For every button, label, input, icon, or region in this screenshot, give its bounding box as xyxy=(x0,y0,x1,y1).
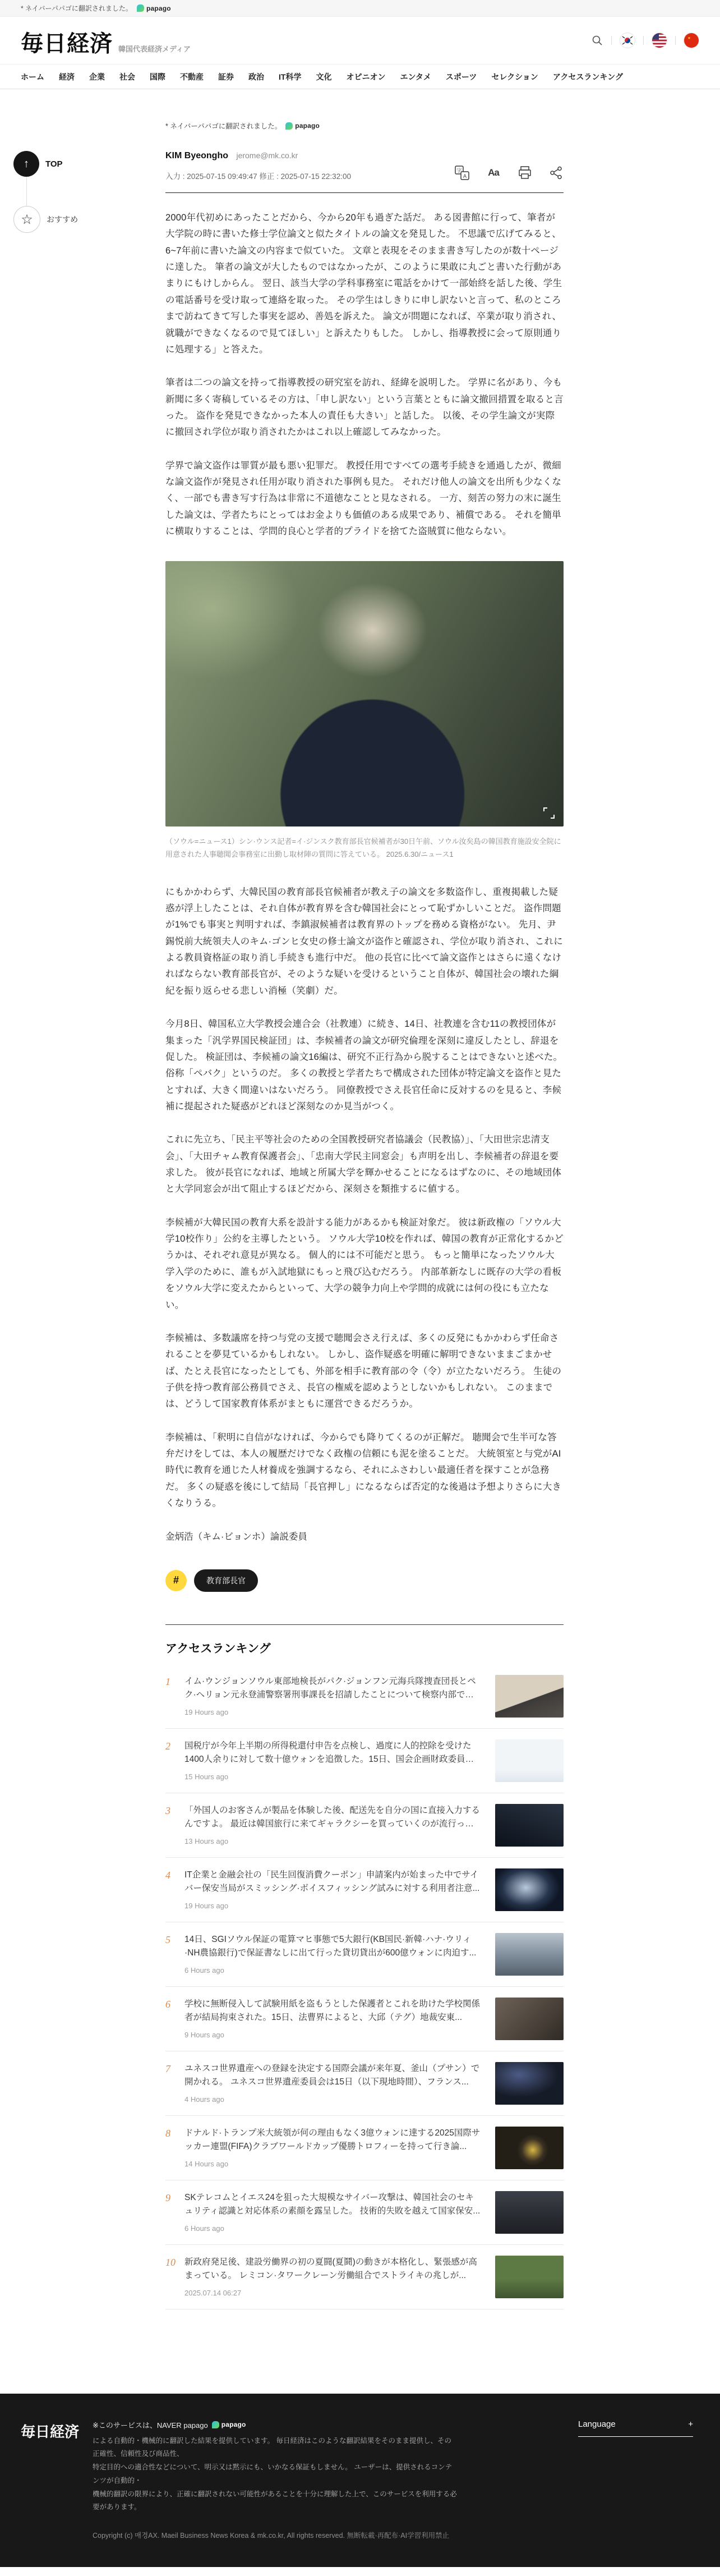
tag-row: # 教育部長官 xyxy=(165,1569,564,1592)
rank-number: 2 xyxy=(165,1739,184,1782)
author-signature: 金炳浩（キム·ビョンホ）論説委員 xyxy=(165,1529,564,1542)
rank-headline: IT企業と金融会社の「民生回復消費クーポン」申請案内が始まった中でサイバー保安当… xyxy=(184,1868,481,1895)
rank-time: 4 Hours ago xyxy=(184,2095,481,2104)
rank-number: 7 xyxy=(165,2062,184,2105)
rank-number: 5 xyxy=(165,1933,184,1976)
search-icon[interactable] xyxy=(591,34,603,47)
nav-item[interactable]: 文化 xyxy=(316,71,331,82)
svg-text:A: A xyxy=(463,173,467,179)
tag-education-minister[interactable]: 教育部長官 xyxy=(194,1569,258,1592)
divider xyxy=(643,36,644,45)
china-flag-icon[interactable] xyxy=(684,33,699,48)
rank-headline: SKテレコムとイエス24を狙った大規模なサイバー攻撃は、韓国社会のセキュリティ認… xyxy=(184,2191,481,2218)
article-figure: （ソウル=ニュース1）シン·ウンス記者=イ·ジンスク教育部長官候補者が30日午前… xyxy=(165,561,564,860)
article: * ネイバーパパゴに翻訳されました。 papago KIM Byeongho j… xyxy=(165,89,564,2309)
divider xyxy=(675,36,676,45)
footer-logo[interactable]: 毎日経済 xyxy=(21,2421,79,2441)
rank-headline: 学校に無断侵入して試験用紙を盗もうとした保護者とこれを助けた学校関係者が結局拘束… xyxy=(184,1998,481,2024)
ranking-row[interactable]: 9 SKテレコムとイエス24を狙った大規模なサイバー攻撃は、韓国社会のセキュリテ… xyxy=(165,2180,564,2245)
translated-note-text: * ネイバーパパゴに翻訳されました。 xyxy=(165,121,281,131)
print-icon[interactable] xyxy=(518,166,532,180)
rank-thumbnail[interactable] xyxy=(495,1675,564,1718)
rank-time: 6 Hours ago xyxy=(184,2224,481,2233)
nav-item[interactable]: 政治 xyxy=(248,71,264,82)
footer-disclaimer-line: 特定目的への適合性などについて、明示又は黙示にも、いかなる保証もしません。 ユー… xyxy=(93,2461,457,2488)
rank-thumbnail[interactable] xyxy=(495,2062,564,2105)
article-paragraph: にもかかわらず、大韓民国の教育部長官候補者が教え子の論文を多数盗作し、重複掲載し… xyxy=(165,884,564,1000)
footer-disclaimer-line: による自動的・機械的に翻訳した結果を提供しています。 毎日経済はこのような翻訳結… xyxy=(93,2435,457,2462)
rank-time: 13 Hours ago xyxy=(184,1837,481,1845)
byline-row: KIM Byeongho jerome@mk.co.kr 入力 : 2025-0… xyxy=(165,151,564,181)
article-paragraph: 2000年代初めにあったことだから、今から20年も過ぎた話だ。 ある図書館に行っ… xyxy=(165,210,564,358)
nav-item[interactable]: 社会 xyxy=(119,71,135,82)
ranking-row[interactable]: 10 新政府発足後、建設労働界の初の夏闘(夏鬪)の動きが本格化し、緊張感が高まっ… xyxy=(165,2245,564,2309)
papago-icon xyxy=(285,122,293,130)
footer-disclaimer-line: 機械的翻訳の限界により、正確に翻訳されない可能性があることを十分に理解した上で、… xyxy=(93,2488,457,2515)
article-body-bottom: にもかかわらず、大韓民国の教育部長官候補者が教え子の論文を多数盗作し、重複掲載し… xyxy=(165,884,564,1512)
rank-time: 14 Hours ago xyxy=(184,2160,481,2168)
nav-item[interactable]: エンタメ xyxy=(400,71,431,82)
ranking-title: アクセスランキング xyxy=(165,1640,564,1656)
article-paragraph: 学界で論文盗作は罪質が最も悪い犯罪だ。 教授任用ですべての選考手続きを通過したが… xyxy=(165,458,564,540)
translate-icon[interactable]: 字A xyxy=(455,166,469,180)
rank-thumbnail[interactable] xyxy=(495,1933,564,1976)
rank-time: 19 Hours ago xyxy=(184,1708,481,1716)
photo-caption: （ソウル=ニュース1）シン·ウンス記者=イ·ジンスク教育部長官候補者が30日午前… xyxy=(165,835,564,860)
plus-icon: + xyxy=(688,2419,693,2429)
rank-headline: イム·ウンジョンソウル東部地検長がパク·ジョンフン元海兵隊捜査団長とペク·ヘリョ… xyxy=(184,1675,481,1702)
rank-time: 15 Hours ago xyxy=(184,1773,481,1781)
share-icon[interactable] xyxy=(549,166,564,180)
us-flag-icon[interactable] xyxy=(652,33,667,48)
papago-icon xyxy=(137,4,144,12)
rank-headline: 14日、SGIソウル保証の電算マヒ事態で5大銀行(KB国民·新韓·ハナ·ウリィ·… xyxy=(184,1933,481,1960)
rank-headline: 新政府発足後、建設労働界の初の夏闘(夏鬪)の動きが本格化し、緊張感が高まっている… xyxy=(184,2256,481,2283)
site-header: 毎日経済 韓国代表経済メディア xyxy=(0,17,720,64)
papago-logo[interactable]: papago xyxy=(212,2421,246,2428)
article-body-top: 2000年代初めにあったことだから、今から20年も過ぎた話だ。 ある図書館に行っ… xyxy=(165,210,564,540)
papago-logo[interactable]: papago xyxy=(285,122,320,130)
article-paragraph: これに先立ち、「民主平等社会のための全国教授研究者協議会（民教協）」、「大田世宗… xyxy=(165,1132,564,1197)
rank-thumbnail[interactable] xyxy=(495,1804,564,1847)
star-icon: ☆ xyxy=(21,212,33,228)
nav-item[interactable]: セレクション xyxy=(491,71,538,82)
rank-number: 3 xyxy=(165,1804,184,1847)
divider xyxy=(165,192,564,193)
article-paragraph: 筆者は二つの論文を持って指導教授の研究室を訪れ、経緯を説明した。 学界に名があり… xyxy=(165,375,564,440)
rank-time: 9 Hours ago xyxy=(184,2031,481,2039)
rank-headline: ドナルド·トランプ米大統領が何の理由もなく3億ウォンに達する2025国際サッカー… xyxy=(184,2127,481,2153)
expand-icon[interactable] xyxy=(542,806,556,820)
rank-number: 4 xyxy=(165,1868,184,1911)
nav-item[interactable]: オピニオン xyxy=(346,71,385,82)
footer-copyright: Copyright (c) 매경AX. Maeil Business News … xyxy=(93,2530,457,2540)
rank-thumbnail[interactable] xyxy=(495,2191,564,2234)
papago-notice-bar: * ネイバーパパゴに翻訳されました。 papago xyxy=(0,0,720,17)
site-logo[interactable]: 毎日経済 xyxy=(21,26,113,58)
ranking-row[interactable]: 8 ドナルド·トランプ米大統領が何の理由もなく3億ウォンに達する2025国際サッ… xyxy=(165,2116,564,2180)
ranking-row[interactable]: 6 学校に無断侵入して試験用紙を盗もうとした保護者とこれを助けた学校関係者が結局… xyxy=(165,1987,564,2051)
nav-item[interactable]: アクセスランキング xyxy=(553,71,623,82)
ranking-row[interactable]: 3 「外国人のお客さんが製品を体験した後、配送先を自分の国に直接入力するんですよ… xyxy=(165,1793,564,1858)
rank-time: 19 Hours ago xyxy=(184,1902,481,1910)
article-photo xyxy=(165,561,564,826)
papago-wordmark: papago xyxy=(295,122,320,130)
rank-thumbnail[interactable] xyxy=(495,1739,564,1782)
rank-headline: 「外国人のお客さんが製品を体験した後、配送先を自分の国に直接入力するんですよ。 … xyxy=(184,1804,481,1831)
article-translated-note: * ネイバーパパゴに翻訳されました。 papago xyxy=(165,121,564,131)
article-paragraph: 今月8日、韓国私立大学教授会連合会（社教連）に続き、14日、社教連を含む11の教… xyxy=(165,1016,564,1115)
article-dates: 入力 : 2025-07-15 09:49:47 修正 : 2025-07-15… xyxy=(165,170,351,181)
font-size-icon[interactable]: Aa xyxy=(486,166,501,180)
main-content: ↑ TOP ☆ おすすめ * ネイバーパパゴに翻訳されました。 papago K… xyxy=(0,89,720,2309)
rank-time: 2025.07.14 06:27 xyxy=(184,2289,481,2297)
rank-thumbnail[interactable] xyxy=(495,1998,564,2040)
nav-item[interactable]: 企業 xyxy=(89,71,105,82)
korea-flag-icon[interactable] xyxy=(620,33,635,48)
article-paragraph: 李候補は、「釈明に自信がなければ、今からでも降りてくるのが正解だ。 聴聞会で生半… xyxy=(165,1430,564,1512)
scroll-top-button[interactable]: ↑ xyxy=(13,151,39,177)
rank-headline: ユネスコ世界遺産への登録を決定する国際会議が来年夏、釜山（プサン）で開かれる。 … xyxy=(184,2062,481,2089)
papago-logo[interactable]: papago xyxy=(137,4,171,12)
footer-service-note: ※このサービスは、NAVER papago xyxy=(93,2419,208,2430)
rank-headline: 国税庁が今年上半期の所得税還付申告を点検し、過度に人的控除を受けた1400人余り… xyxy=(184,1739,481,1766)
rank-thumbnail[interactable] xyxy=(495,2127,564,2169)
rank-time: 6 Hours ago xyxy=(184,1966,481,1975)
top-label: TOP xyxy=(45,159,63,169)
rank-number: 9 xyxy=(165,2191,184,2234)
divider xyxy=(165,1624,564,1625)
article-paragraph: 李候補は、多数議席を持つ与党の支援で聴聞会さえ行えば、多くの反発にもかかわらず任… xyxy=(165,1330,564,1413)
main-nav: ホーム経済企業社会国際不動産証券政治IT科学文化オピニオンエンタメスポーツセレク… xyxy=(0,64,720,89)
language-label: Language xyxy=(578,2419,616,2429)
ranking-row[interactable]: 5 14日、SGIソウル保証の電算マヒ事態で5大銀行(KB国民·新韓·ハナ·ウリ… xyxy=(165,1922,564,1987)
nav-item[interactable]: 経済 xyxy=(59,71,75,82)
up-arrow-icon: ↑ xyxy=(24,158,29,171)
papago-icon xyxy=(212,2421,219,2428)
divider xyxy=(611,36,612,45)
author-name[interactable]: KIM Byeongho xyxy=(165,151,228,160)
papago-notice-text: * ネイバーパパゴに翻訳されました。 xyxy=(21,3,132,13)
nav-item[interactable]: ホーム xyxy=(21,71,44,82)
nav-item[interactable]: スポーツ xyxy=(446,71,477,82)
side-tools: ↑ TOP ☆ おすすめ xyxy=(13,151,103,233)
ranking-row[interactable]: 4 IT企業と金融会社の「民生回復消費クーポン」申請案内が始まった中でサイバー保… xyxy=(165,1858,564,1922)
papago-wordmark: papago xyxy=(221,2421,246,2428)
recommend-button[interactable]: ☆ xyxy=(13,206,40,233)
rank-thumbnail[interactable] xyxy=(495,2256,564,2298)
recommend-label: おすすめ xyxy=(47,214,78,225)
papago-wordmark: papago xyxy=(146,4,171,12)
rank-number: 8 xyxy=(165,2127,184,2169)
site-footer: 毎日経済 ※このサービスは、NAVER papago papago による自動的… xyxy=(0,2394,720,2568)
article-paragraph: 李候補が大韓民国の教育大系を設計する能力があるかも検証対象だ。 彼は新政権の「ソ… xyxy=(165,1215,564,1314)
ranking-row[interactable]: 2 国税庁が今年上半期の所得税還付申告を点検し、過度に人的控除を受けた1400人… xyxy=(165,1729,564,1793)
ranking-list: 1 イム·ウンジョンソウル東部地検長がパク·ジョンフン元海兵隊捜査団長とペク·ヘ… xyxy=(165,1664,564,2309)
site-tagline: 韓国代表経済メディア xyxy=(118,43,191,58)
nav-item[interactable]: 不動産 xyxy=(180,71,204,82)
language-selector[interactable]: Language + xyxy=(578,2419,693,2437)
hashtag-icon: # xyxy=(165,1570,187,1591)
ranking-row[interactable]: 7 ユネスコ世界遺産への登録を決定する国際会議が来年夏、釜山（プサン）で開かれる… xyxy=(165,2051,564,2116)
author-email[interactable]: jerome@mk.co.kr xyxy=(236,151,298,160)
nav-item[interactable]: IT科学 xyxy=(279,71,301,82)
divider xyxy=(26,177,27,206)
rank-thumbnail[interactable] xyxy=(495,1868,564,1911)
article-toolbar: 字A Aa xyxy=(455,166,564,181)
rank-number: 10 xyxy=(165,2256,184,2298)
nav-item[interactable]: 証券 xyxy=(218,71,234,82)
rank-number: 6 xyxy=(165,1998,184,2040)
ranking-row[interactable]: 1 イム·ウンジョンソウル東部地検長がパク·ジョンフン元海兵隊捜査団長とペク·ヘ… xyxy=(165,1664,564,1729)
rank-number: 1 xyxy=(165,1675,184,1718)
nav-item[interactable]: 国際 xyxy=(150,71,165,82)
